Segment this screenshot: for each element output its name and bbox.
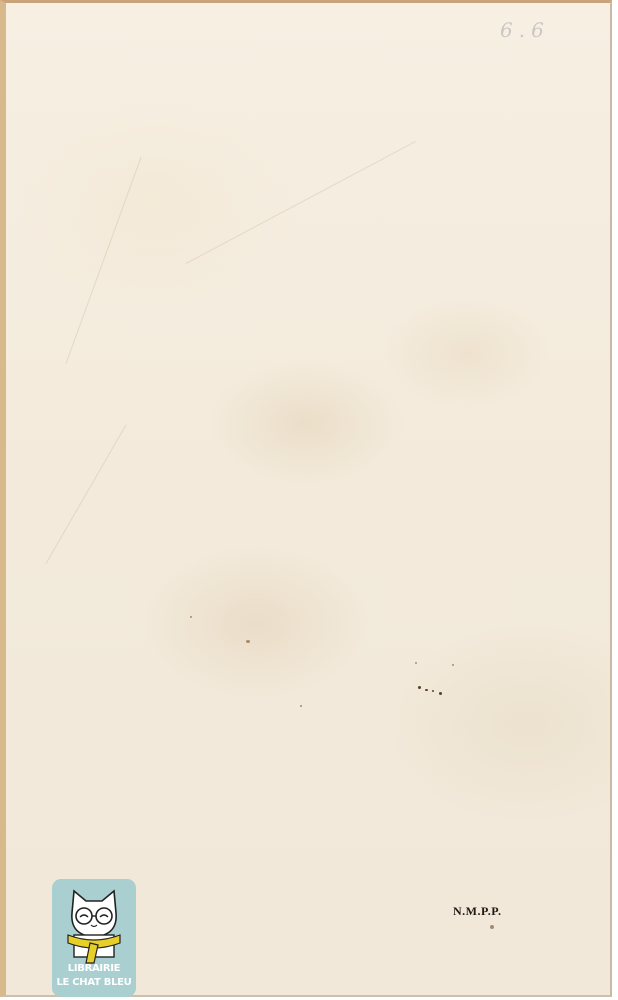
- paper-crease: [66, 157, 142, 364]
- logo-text-line1: LIBRAIRIE: [52, 964, 136, 974]
- paper-crease: [46, 425, 127, 564]
- paper-crease: [186, 141, 416, 264]
- cat-with-glasses-and-scarf-icon: [60, 883, 128, 965]
- distributor-mark: N.M.P.P.: [453, 904, 501, 919]
- book-back-cover: [0, 0, 612, 997]
- logo-text-line2: LE CHAT BLEU: [52, 978, 136, 988]
- bookshop-logo: LIBRAIRIE LE CHAT BLEU: [52, 879, 136, 997]
- handwritten-price-note: 6.6: [500, 18, 550, 42]
